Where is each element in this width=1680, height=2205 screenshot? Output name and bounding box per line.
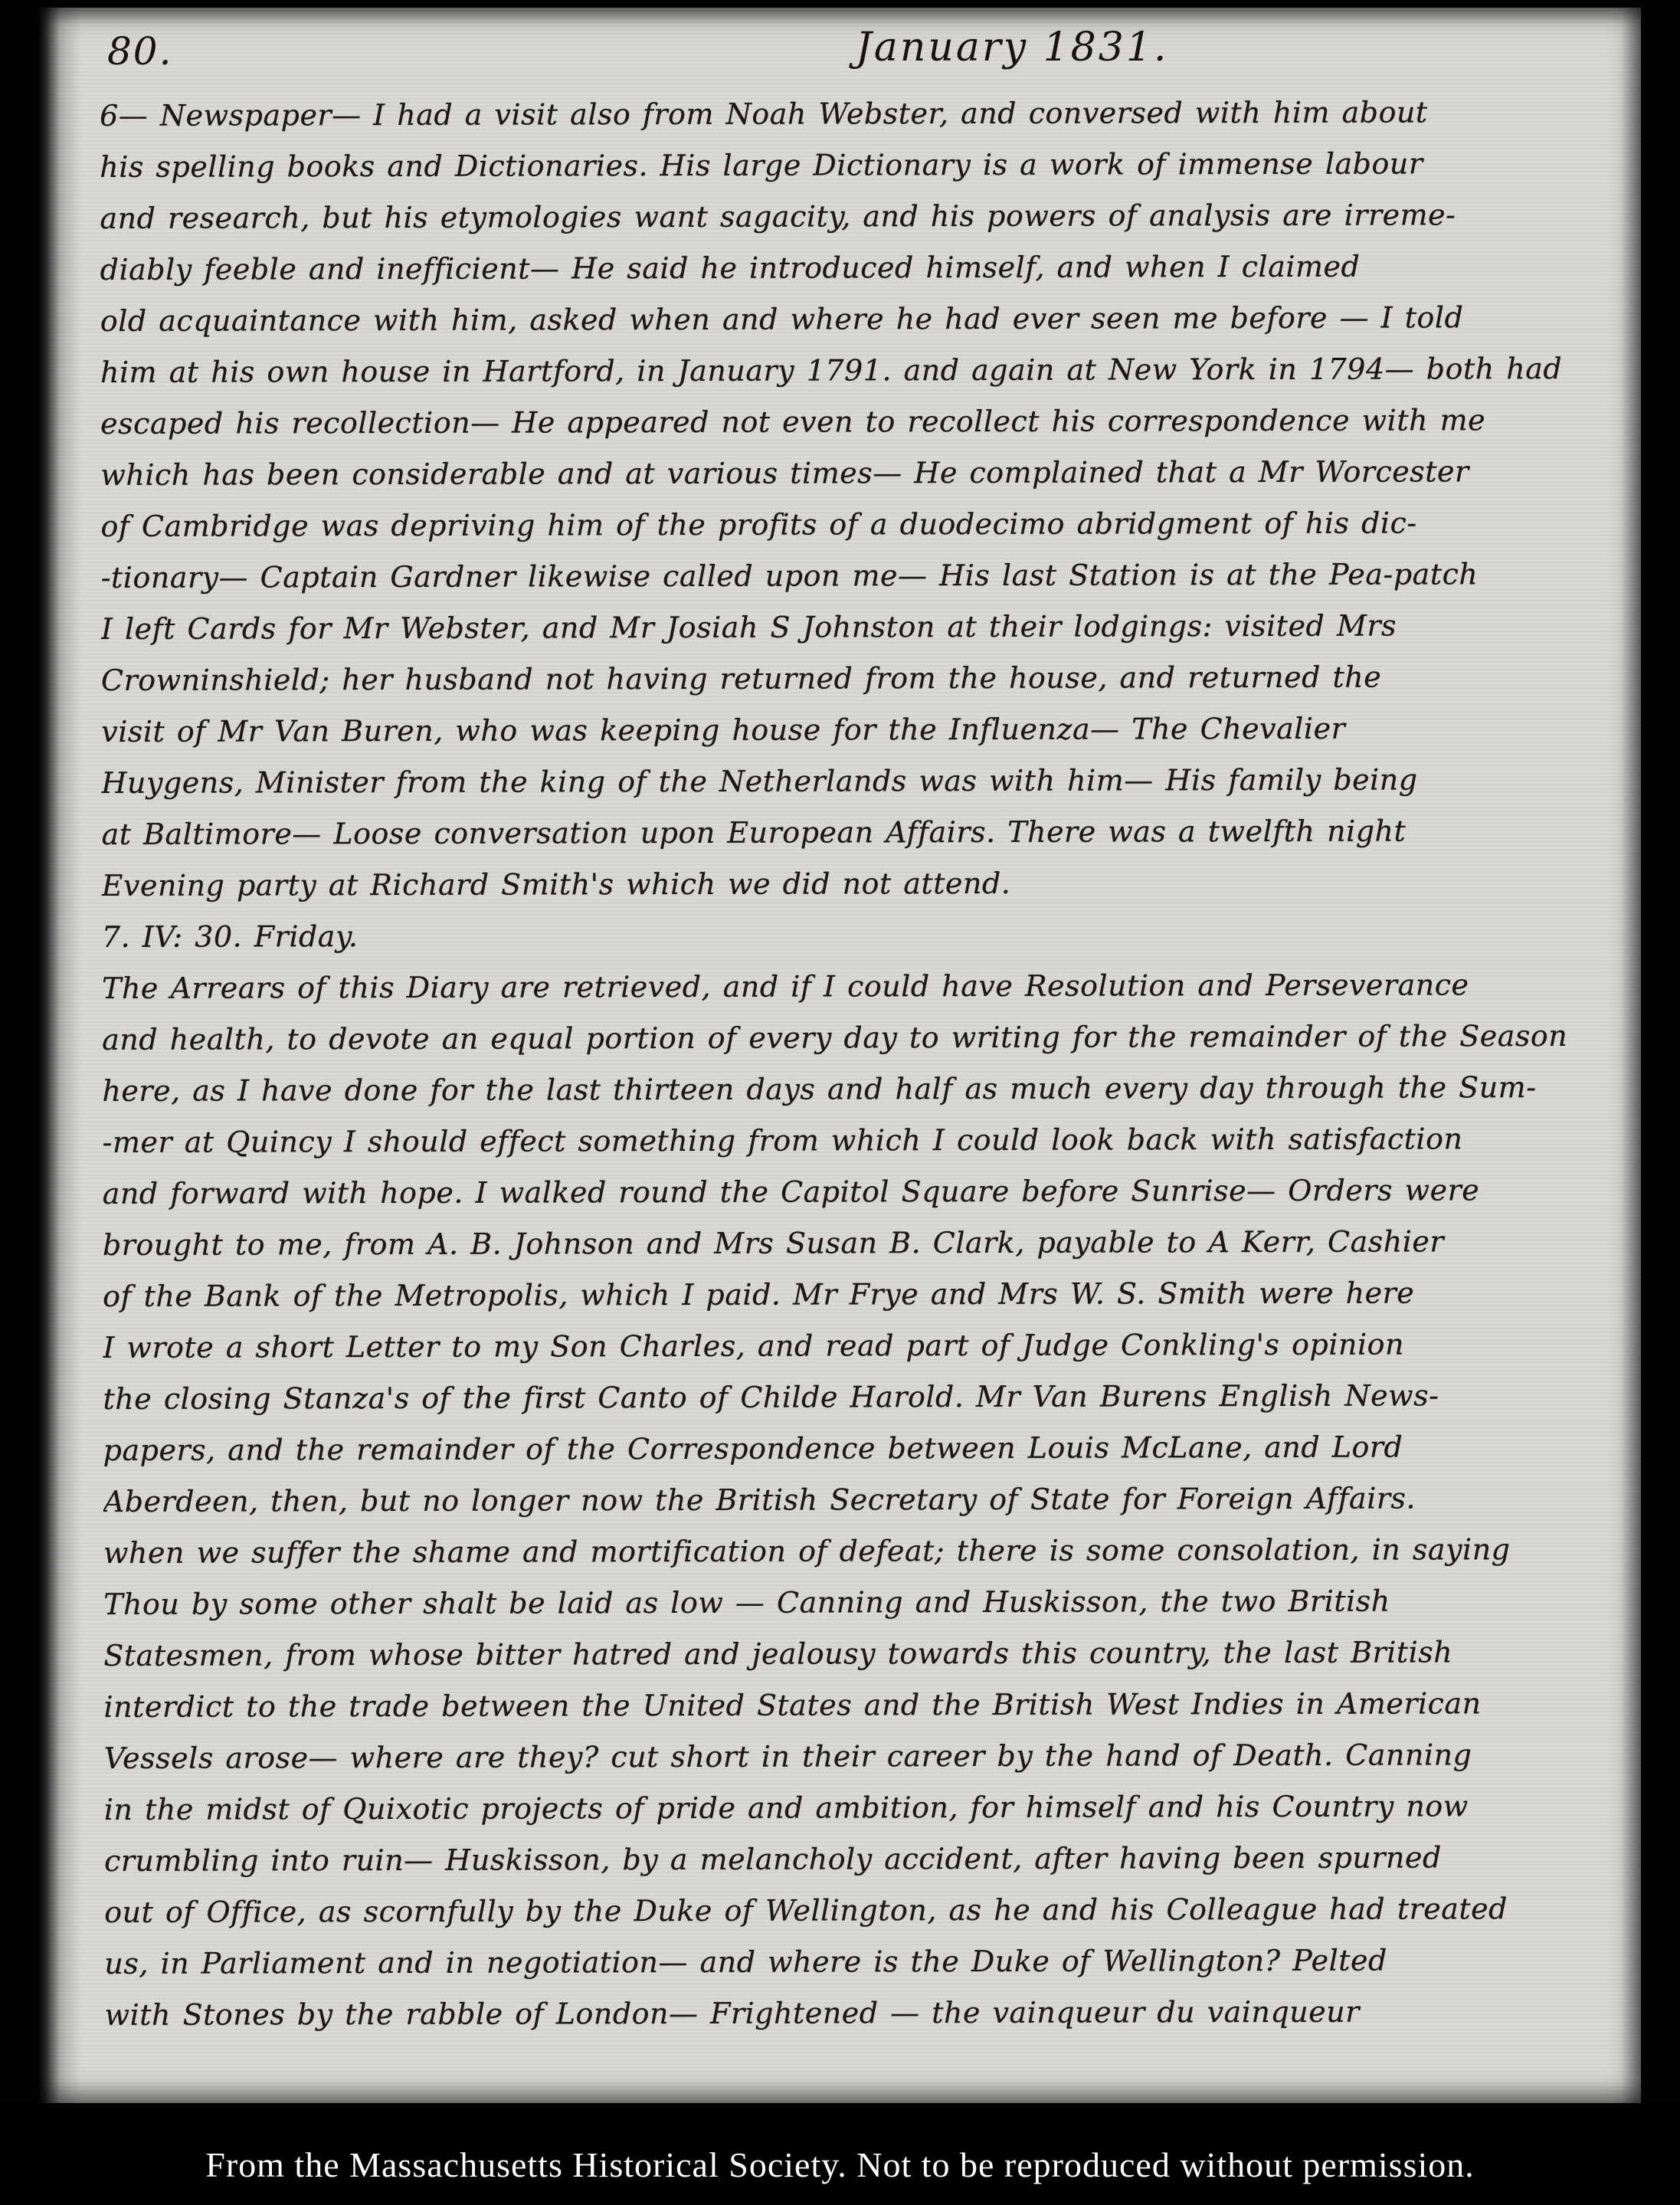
manuscript-line: the closing Stanza's of the first Canto … (103, 1370, 1627, 1425)
caption: From the Massachusetts Historical Societ… (0, 2144, 1680, 2185)
manuscript-line: in the midst of Quixotic projects of pri… (104, 1781, 1629, 1836)
manuscript-line: Thou by some other shalt be laid as low … (103, 1575, 1628, 1630)
manuscript-line: when we suffer the shame and mortificati… (103, 1524, 1628, 1579)
manuscript-line: visit of Mr Van Buren, who was keeping h… (101, 703, 1626, 758)
manuscript-line: and forward with hope. I walked round th… (103, 1165, 1627, 1220)
manuscript-line: crumbling into ruin— Huskisson, by a mel… (104, 1832, 1629, 1887)
scanned-diary-page: 80. January 1831. 6— Newspaper— I had a … (0, 0, 1680, 2205)
binding-shadow (40, 8, 60, 2103)
manuscript-line: of the Bank of the Metropolis, which I p… (103, 1267, 1627, 1322)
manuscript-line: Evening party at Richard Smith's which w… (102, 857, 1626, 912)
manuscript-line: I left Cards for Mr Webster, and Mr Josi… (101, 600, 1626, 655)
manuscript-line: here, as I have done for the last thirte… (102, 1062, 1626, 1117)
manuscript-line: his spelling books and Dictionaries. His… (100, 138, 1624, 193)
manuscript-line: Vessels arose— where are they? cut short… (104, 1729, 1629, 1784)
manuscript-line: papers, and the remainder of the Corresp… (103, 1421, 1628, 1476)
manuscript-text: 6— Newspaper— I had a visit also from No… (100, 87, 1629, 2041)
manuscript-line: 6— Newspaper— I had a visit also from No… (100, 87, 1624, 142)
manuscript-line: I wrote a short Letter to my Son Charles… (103, 1319, 1627, 1374)
manuscript-line: and research, but his etymologies want s… (100, 189, 1624, 244)
manuscript-line: brought to me, from A. B. Johnson and Mr… (103, 1216, 1627, 1271)
manuscript-line: escaped his recollection— He appeared no… (100, 395, 1625, 450)
manuscript-line: at Baltimore— Loose conversation upon Eu… (101, 805, 1626, 860)
manuscript-line: -tionary— Captain Gardner likewise calle… (101, 549, 1626, 604)
manuscript-line: us, in Parliament and in negotiation— an… (104, 1935, 1629, 1990)
manuscript-line: of Cambridge was depriving him of the pr… (100, 497, 1625, 552)
manuscript-line: 7. IV: 30. Friday. (102, 908, 1626, 963)
manuscript-line: Statesmen, from whose bitter hatred and … (103, 1627, 1628, 1682)
manuscript-line: Aberdeen, then, but no longer now the Br… (103, 1473, 1628, 1528)
manuscript-line: interdict to the trade between the Unite… (103, 1678, 1628, 1733)
manuscript-line: -mer at Quincy I should effect something… (103, 1113, 1627, 1168)
manuscript-line: which has been considerable and at vario… (100, 446, 1625, 501)
manuscript-line: and health, to devote an equal portion o… (102, 1011, 1626, 1066)
manuscript-line: with Stones by the rabble of London— Fri… (104, 1986, 1629, 2041)
manuscript-line: diably feeble and inefficient— He said h… (100, 241, 1625, 296)
page-number: 80. (107, 29, 173, 74)
manuscript-line: Crowninshield; her husband not having re… (101, 651, 1626, 706)
manuscript-line: him at his own house in Hartford, in Jan… (100, 343, 1625, 398)
manuscript-line: The Arrears of this Diary are retrieved,… (102, 959, 1626, 1014)
caption-band: From the Massachusetts Historical Societ… (0, 2103, 1680, 2205)
manuscript-line: Huygens, Minister from the king of the N… (101, 754, 1626, 809)
manuscript-line: out of Office, as scornfully by the Duke… (104, 1883, 1629, 1938)
header-date: January 1831. (856, 25, 1168, 70)
manuscript-line: old acquaintance with him, asked when an… (100, 292, 1625, 347)
paper-sheet: 80. January 1831. 6— Newspaper— I had a … (40, 8, 1641, 2103)
